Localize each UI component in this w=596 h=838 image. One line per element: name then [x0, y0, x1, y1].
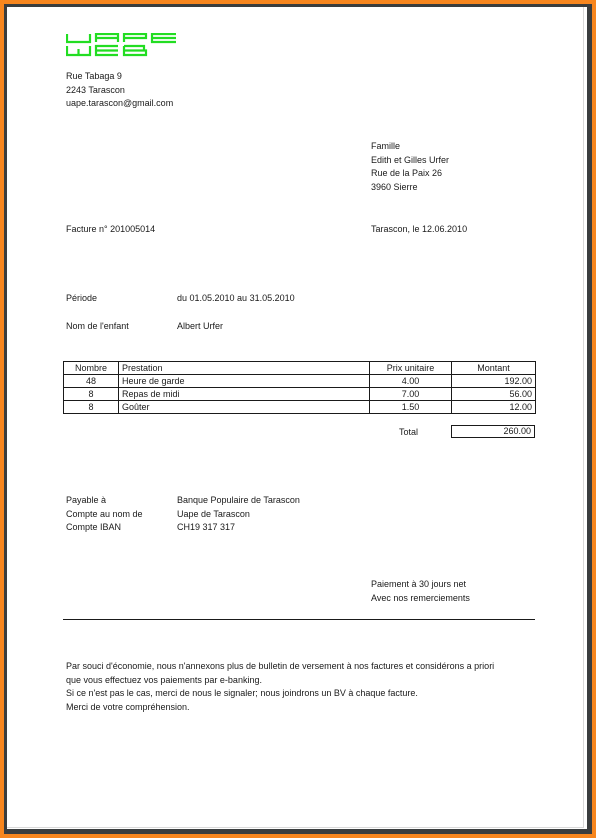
cell-amount: 12.00: [452, 401, 536, 414]
total-value: 260.00: [451, 425, 535, 438]
cell-unit-price: 4.00: [370, 375, 452, 388]
period-value: du 01.05.2010 au 31.05.2010: [177, 292, 295, 305]
account-holder-value: Uape de Tarascon: [177, 508, 300, 522]
period-label: Période: [66, 292, 97, 305]
cell-service: Goûter: [119, 401, 370, 414]
recipient-line: 3960 Sierre: [371, 181, 449, 195]
cell-amount: 56.00: [452, 388, 536, 401]
footer-line: Merci de votre compréhension.: [66, 701, 494, 715]
cell-unit-price: 1.50: [370, 401, 452, 414]
recipient-line: Rue de la Paix 26: [371, 167, 449, 181]
payable-to-value: Banque Populaire de Tarascon: [177, 494, 300, 508]
iban-label: Compte IBAN: [66, 521, 143, 535]
logo-glyphs-icon: [66, 33, 178, 57]
header-unit-price: Prix unitaire: [370, 362, 452, 375]
recipient-address: Famille Edith et Gilles Urfer Rue de la …: [371, 140, 449, 194]
cell-quantity: 8: [64, 401, 119, 414]
header-service: Prestation: [119, 362, 370, 375]
thanks-note: Avec nos remerciements: [371, 592, 470, 606]
footer-line: Si ce n'est pas le cas, merci de nous le…: [66, 687, 494, 701]
invoice-place-date: Tarascon, le 12.06.2010: [371, 223, 467, 236]
divider: [63, 619, 535, 620]
payment-values: Banque Populaire de Tarascon Uape de Tar…: [177, 494, 300, 535]
table-row: 48 Heure de garde 4.00 192.00: [64, 375, 536, 388]
child-value: Albert Urfer: [177, 320, 223, 333]
table-row: 8 Goûter 1.50 12.00: [64, 401, 536, 414]
sender-city: 2243 Tarascon: [66, 84, 173, 98]
sender-address: Rue Tabaga 9 2243 Tarascon uape.tarascon…: [66, 70, 173, 111]
cell-quantity: 48: [64, 375, 119, 388]
cell-service: Heure de garde: [119, 375, 370, 388]
iban-value: CH19 317 317: [177, 521, 300, 535]
cell-service: Repas de midi: [119, 388, 370, 401]
invoice-number: Facture n° 201005014: [66, 223, 155, 236]
table-row: 8 Repas de midi 7.00 56.00: [64, 388, 536, 401]
header-quantity: Nombre: [64, 362, 119, 375]
footer-note: Par souci d'économie, nous n'annexons pl…: [66, 660, 494, 714]
total-label: Total: [399, 426, 418, 439]
cell-unit-price: 7.00: [370, 388, 452, 401]
footer-line: que vous effectuez vos paiements par e-b…: [66, 674, 494, 688]
table-header-row: Nombre Prestation Prix unitaire Montant: [64, 362, 536, 375]
payment-terms: Paiement à 30 jours net: [371, 578, 470, 592]
payment-labels: Payable à Compte au nom de Compte IBAN: [66, 494, 143, 535]
sender-street: Rue Tabaga 9: [66, 70, 173, 84]
child-label: Nom de l'enfant: [66, 320, 129, 333]
recipient-line: Famille: [371, 140, 449, 154]
invoice-items-table: Nombre Prestation Prix unitaire Montant …: [63, 361, 536, 414]
account-holder-label: Compte au nom de: [66, 508, 143, 522]
payable-to-label: Payable à: [66, 494, 143, 508]
cell-quantity: 8: [64, 388, 119, 401]
footer-line: Par souci d'économie, nous n'annexons pl…: [66, 660, 494, 674]
cell-amount: 192.00: [452, 375, 536, 388]
recipient-line: Edith et Gilles Urfer: [371, 154, 449, 168]
header-amount: Montant: [452, 362, 536, 375]
payment-terms-block: Paiement à 30 jours net Avec nos remerci…: [371, 578, 470, 605]
uape-web-logo: [66, 33, 178, 57]
sender-email: uape.tarascon@gmail.com: [66, 97, 173, 111]
